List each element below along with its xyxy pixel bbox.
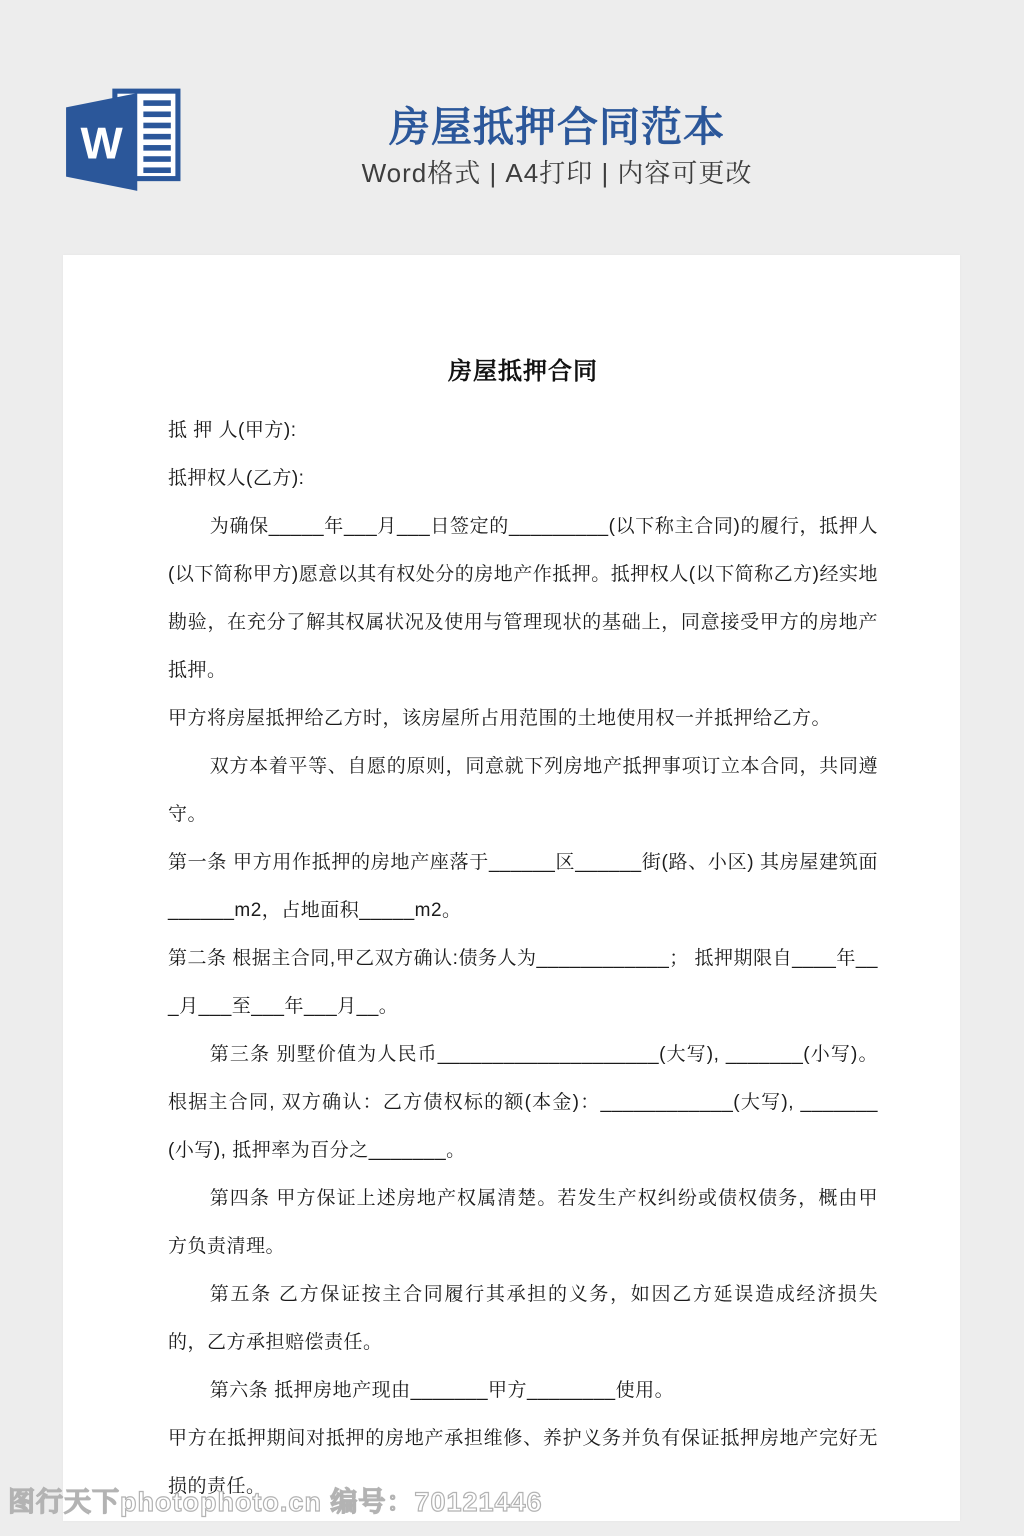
paragraph-clause-2: 第二条 根据主合同,甲乙双方确认:债务人为____________； 抵押期限自… xyxy=(168,935,878,1031)
watermark-text: 图行天下photophoto.cn 编号：70121446 xyxy=(8,1480,543,1519)
page-subtitle: Word格式 | A4打印 | 内容可更改 xyxy=(362,153,753,190)
paragraph-land-use: 甲方将房屋抵押给乙方时，该房屋所占用范围的土地使用权一并抵押给乙方。 xyxy=(168,695,878,743)
paragraph-mortgagor: 抵 押 人(甲方): xyxy=(168,407,878,455)
contract-title: 房屋抵押合同 xyxy=(168,355,878,389)
paragraph-clause-5: 第五条 乙方保证按主合同履行其承担的义务，如因乙方延误造成经济损失的，乙方承担赔… xyxy=(168,1271,878,1367)
paragraph-clause-4: 第四条 甲方保证上述房地产权属清楚。若发生产权纠纷或债权债务，概由甲方负责清理。 xyxy=(168,1175,878,1271)
paragraph-preamble: 为确保_____年___月___日签定的_________(以下称主合同)的履行… xyxy=(168,503,878,695)
paragraph-clause-6: 第六条 抵押房地产现由_______甲方________使用。 xyxy=(168,1367,878,1415)
paragraph-mortgagee: 抵押权人(乙方): xyxy=(168,455,878,503)
document-page: 房屋抵押合同 抵 押 人(甲方): 抵押权人(乙方): 为确保_____年___… xyxy=(63,255,960,1521)
preview-canvas: W 房屋抵押合同范本 Word格式 | A4打印 | 内容可更改 房屋抵押合同 … xyxy=(0,0,1024,1536)
paragraph-clause-1: 第一条 甲方用作抵押的房地产座落于______区______街(路、小区) 其房… xyxy=(168,839,878,935)
word-icon-letter: W xyxy=(81,118,124,168)
word-icon: W xyxy=(62,86,182,198)
paragraph-agreement: 双方本着平等、自愿的原则，同意就下列房地产抵押事项订立本合同，共同遵守。 xyxy=(168,743,878,839)
paragraph-clause-3: 第三条 别墅价值为人民币____________________(大写), __… xyxy=(168,1031,878,1175)
page-title: 房屋抵押合同范本 xyxy=(389,94,725,153)
